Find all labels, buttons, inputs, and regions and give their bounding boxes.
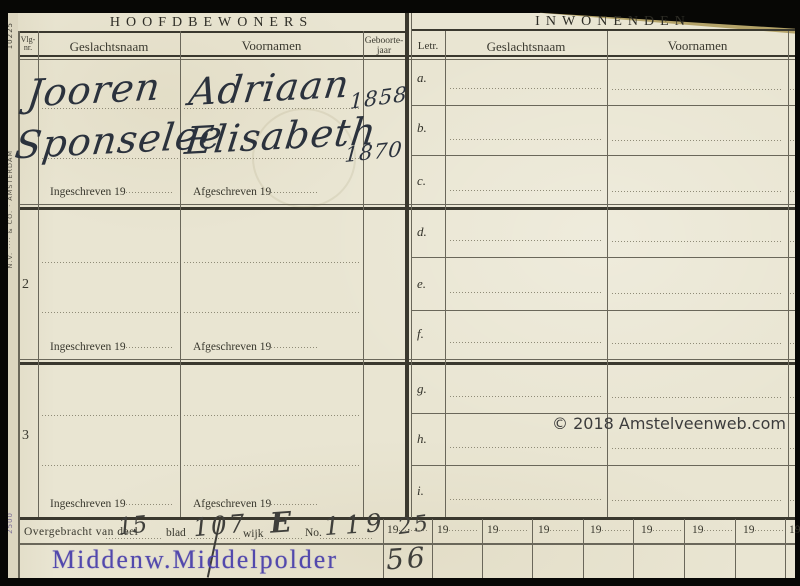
afgeschreven-label: Afgeschreven 19 — [193, 498, 317, 510]
year-cell: 19 — [590, 524, 630, 536]
rule — [532, 519, 533, 578]
wijk-value: E — [269, 505, 293, 539]
no-value: 119 — [323, 508, 388, 541]
writing-line — [450, 499, 603, 500]
rule — [785, 519, 786, 578]
inwonenden-letter: c. — [417, 173, 426, 189]
copyright-watermark: © 2018 Amstelveenweb.com — [552, 414, 786, 433]
writing-line — [790, 343, 795, 344]
writing-line — [790, 397, 795, 398]
year-cell: 19 — [538, 524, 578, 536]
rule — [411, 310, 795, 311]
column-header-geslachtsnaam-right: Geslachtsnaam — [445, 39, 607, 55]
writing-line — [612, 241, 783, 242]
rule — [607, 31, 608, 517]
dotted-blank — [499, 530, 527, 531]
inwonenden-letter: d. — [417, 224, 427, 240]
deel-value: 15 — [117, 512, 149, 541]
column-header-volgnr: Vlg- nr. — [18, 36, 38, 52]
writing-line — [42, 262, 178, 263]
writing-line — [790, 241, 795, 242]
rule — [411, 105, 795, 106]
writing-line — [790, 293, 795, 294]
dotted-blank — [755, 530, 783, 531]
rule — [583, 519, 584, 578]
writing-line — [450, 139, 603, 140]
section-title-inwonenden: INWONENDEN — [431, 14, 795, 30]
rule — [383, 519, 384, 578]
dotted-blank — [550, 530, 578, 531]
row-number-2: 2 — [22, 277, 29, 293]
writing-line — [790, 89, 795, 90]
writing-line — [184, 415, 360, 416]
dotted-blank — [602, 530, 630, 531]
rule — [18, 31, 20, 578]
blad-label: blad — [166, 527, 186, 539]
inwonenden-letter: a. — [417, 70, 427, 86]
writing-line — [612, 448, 783, 449]
rule — [788, 31, 789, 517]
writing-line — [450, 342, 603, 343]
inwonenden-letter: e. — [417, 276, 426, 292]
scan-edge-bottom — [0, 578, 800, 586]
inwonenden-letter: i. — [417, 483, 424, 499]
section-title-hoofdbewoners: HOOFDBEWONERS — [18, 15, 405, 31]
inwonenden-letter: f. — [417, 326, 424, 342]
writing-line — [612, 500, 783, 501]
rule — [411, 257, 795, 258]
rule — [684, 519, 685, 578]
writing-line — [450, 240, 603, 241]
writing-line — [790, 140, 795, 141]
column-header-voornamen-right: Voornamen — [607, 38, 788, 54]
dotted-blank — [704, 530, 732, 531]
inwonenden-letter: b. — [417, 120, 427, 136]
rule — [633, 519, 634, 578]
dotted-blank — [271, 347, 317, 348]
writing-line — [450, 88, 603, 89]
dotted-blank — [449, 530, 477, 531]
left-margin-strip — [8, 12, 18, 578]
dotted-blank — [271, 504, 317, 505]
blad-value: 107 — [192, 509, 248, 543]
entry-geslachtsnaam: Jooren — [25, 65, 164, 116]
pencil-number: 56 — [385, 541, 429, 577]
inwonenden-letter: h. — [417, 431, 427, 447]
scan-edge-right — [795, 0, 800, 586]
writing-line — [450, 396, 603, 397]
writing-line — [612, 343, 783, 344]
column-header-letr: Letr. — [411, 40, 445, 52]
rule — [411, 29, 795, 31]
writing-line — [612, 89, 783, 90]
writing-line — [184, 465, 360, 466]
dotted-blank — [653, 530, 681, 531]
year-cell: 19 — [641, 524, 681, 536]
writing-line — [184, 312, 360, 313]
writing-line — [450, 447, 603, 448]
writing-line — [790, 191, 795, 192]
column-header-geslachtsnaam-left: Geslachtsnaam — [38, 39, 180, 55]
writing-line — [450, 292, 603, 293]
afgeschreven-label: Afgeschreven 19 — [193, 186, 317, 198]
writing-line — [42, 465, 178, 466]
rule — [432, 519, 433, 578]
writing-line — [450, 190, 603, 191]
writing-line — [42, 312, 178, 313]
ingeschreven-label: Ingeschreven 19 — [50, 186, 172, 198]
writing-line — [790, 500, 795, 501]
rule — [411, 155, 795, 156]
writing-line — [612, 191, 783, 192]
ingeschreven-label: Ingeschreven 19 — [50, 341, 172, 353]
year-cell: 19 — [387, 524, 427, 536]
column-header-geboortejaar: Geboorte- jaar — [363, 36, 405, 56]
rule — [482, 519, 483, 578]
year-cell: 19 — [743, 524, 783, 536]
inwonenden-letter: g. — [417, 381, 427, 397]
writing-line — [612, 397, 783, 398]
wijk-label: wijk — [243, 528, 263, 540]
row-number-3: 3 — [22, 428, 29, 444]
dotted-blank — [399, 530, 427, 531]
rule — [735, 519, 736, 578]
writing-line — [612, 140, 783, 141]
entry-voornamen: Adriaan — [187, 62, 353, 114]
dotted-blank — [126, 192, 172, 193]
dotted-blank — [126, 504, 172, 505]
year-cell: 19 — [789, 524, 800, 536]
column-header-voornamen-left: Voornamen — [180, 38, 363, 54]
year-cell: 19 — [487, 524, 527, 536]
writing-line — [790, 448, 795, 449]
writing-line — [184, 262, 360, 263]
ingeschreven-label: Ingeschreven 19 — [50, 498, 172, 510]
rule — [180, 31, 181, 517]
year-cell: 19 — [692, 524, 732, 536]
year-cell: 19 — [437, 524, 477, 536]
rule — [18, 31, 405, 33]
rule — [411, 413, 795, 414]
scan-edge-left — [0, 0, 8, 586]
writing-line — [42, 415, 178, 416]
rule — [445, 31, 446, 517]
dotted-blank — [271, 192, 317, 193]
dotted-blank — [126, 347, 172, 348]
register-page: 10225 N.V. ···· & CO. · AMSTERDAM 2500 H… — [0, 0, 800, 586]
municipality-stamp: Middenw.Middelpolder — [52, 545, 338, 575]
rule — [411, 13, 412, 518]
writing-line — [612, 293, 783, 294]
rule — [411, 465, 795, 466]
afgeschreven-label: Afgeschreven 19 — [193, 341, 317, 353]
